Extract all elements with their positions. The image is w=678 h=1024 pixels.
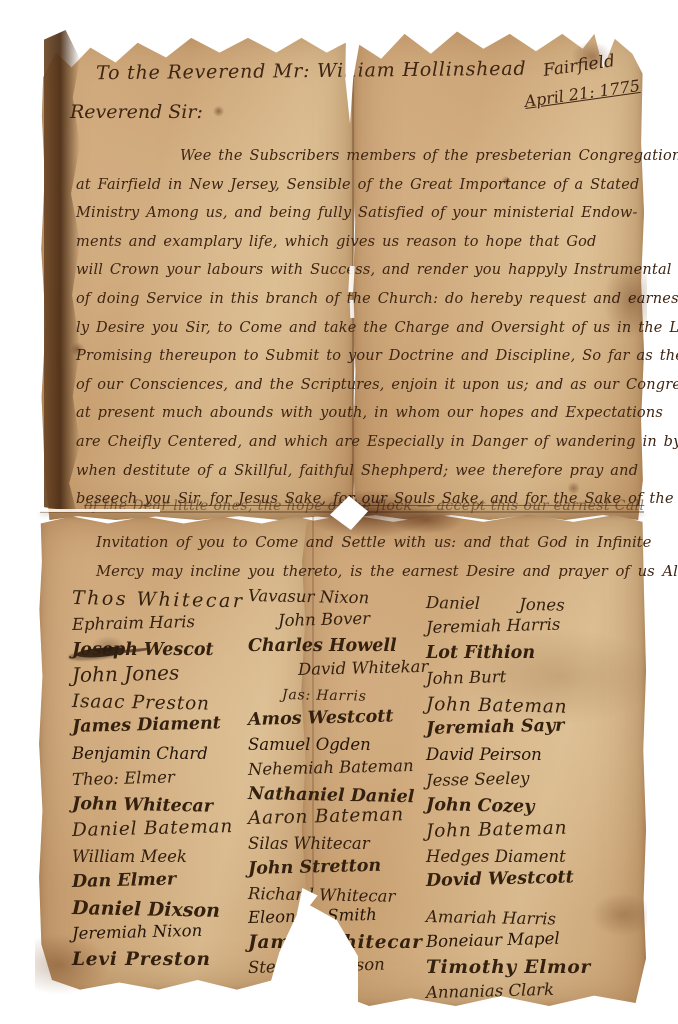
addressee-line: To the Reverend Mr: William Hollinshead bbox=[96, 58, 527, 85]
signature: Aaron Bateman bbox=[248, 803, 429, 832]
signature: John Bateman bbox=[426, 815, 592, 844]
salutation-line: Reverend Sir: bbox=[70, 101, 203, 123]
body-line: ments and examplary life, which gives us… bbox=[76, 228, 678, 257]
signature: Jeremiah Harris bbox=[426, 611, 592, 640]
signature: Nehemiah Bateman bbox=[248, 753, 429, 782]
body-line: of our Consciences, and the Scriptures, … bbox=[76, 371, 678, 400]
signature-column-2: Vavasur NixonJohn BoverCharles HowellDav… bbox=[248, 584, 428, 981]
tear-fold-left bbox=[38, 509, 160, 512]
signature: Ephraim Haris bbox=[72, 608, 245, 638]
signature: John Stretton bbox=[248, 852, 429, 881]
body-line: will Crown your labours with Success, an… bbox=[76, 256, 678, 285]
signature: Levi Preston bbox=[72, 947, 244, 973]
tear-crack bbox=[350, 300, 355, 318]
petition-closing: Invitation of you to Come and Settle wit… bbox=[96, 528, 678, 586]
signature-column-3: Daniel JonesJeremiah HarrisLot FithionJo… bbox=[426, 590, 591, 1006]
signature: Theo: Elmer bbox=[72, 762, 245, 792]
body-line: at present much abounds with youth, in w… bbox=[76, 399, 678, 428]
closing-line: Invitation of you to Come and Settle wit… bbox=[96, 528, 678, 557]
signature: Dan Elmer bbox=[72, 866, 245, 896]
signature: Daniel Bateman bbox=[72, 814, 245, 844]
manuscript-photo: To the Reverend Mr: William Hollinshead … bbox=[0, 0, 678, 1024]
signature-column-1: Thos WhitecarEphraim HarisJoseph WescotJ… bbox=[72, 586, 244, 973]
closing-line: Mercy may incline you thereto, is the ea… bbox=[96, 557, 678, 586]
petition-body: Wee the Subscribers members of the presb… bbox=[76, 142, 678, 514]
signature: Jesse Seeley bbox=[426, 764, 592, 793]
body-line: Wee the Subscribers members of the presb… bbox=[76, 142, 678, 171]
signature: James Diament bbox=[72, 711, 245, 741]
signature: Amos Westcott bbox=[248, 704, 429, 733]
signature: David Whitekar bbox=[298, 655, 429, 683]
signature: John Burt bbox=[426, 662, 592, 691]
signature: Dovid Westcott bbox=[426, 865, 592, 894]
body-line: Ministry Among us, and being fully Satis… bbox=[76, 199, 678, 228]
signature: John Bover bbox=[278, 605, 429, 633]
signature: Jeremiah Sayr bbox=[426, 713, 592, 742]
signature: Boneiaur Mapel bbox=[426, 925, 592, 954]
body-line: are Cheifly Centered, and which are Espe… bbox=[76, 428, 678, 457]
body-line: ly Desire you Sir, to Come and take the … bbox=[76, 314, 678, 343]
body-line: Promising thereupon to Submit to your Do… bbox=[76, 342, 678, 371]
body-line: of doing Service in this branch of the C… bbox=[76, 285, 678, 314]
signature: Annanias Clark bbox=[426, 976, 592, 1005]
signature: Jeremiah Nixon bbox=[72, 917, 245, 947]
signature: John Jones bbox=[72, 659, 245, 689]
body-line: at Fairfield in New Jersey, Sensible of … bbox=[76, 171, 678, 200]
body-line: when destitute of a Skillful, faithful S… bbox=[76, 457, 678, 486]
